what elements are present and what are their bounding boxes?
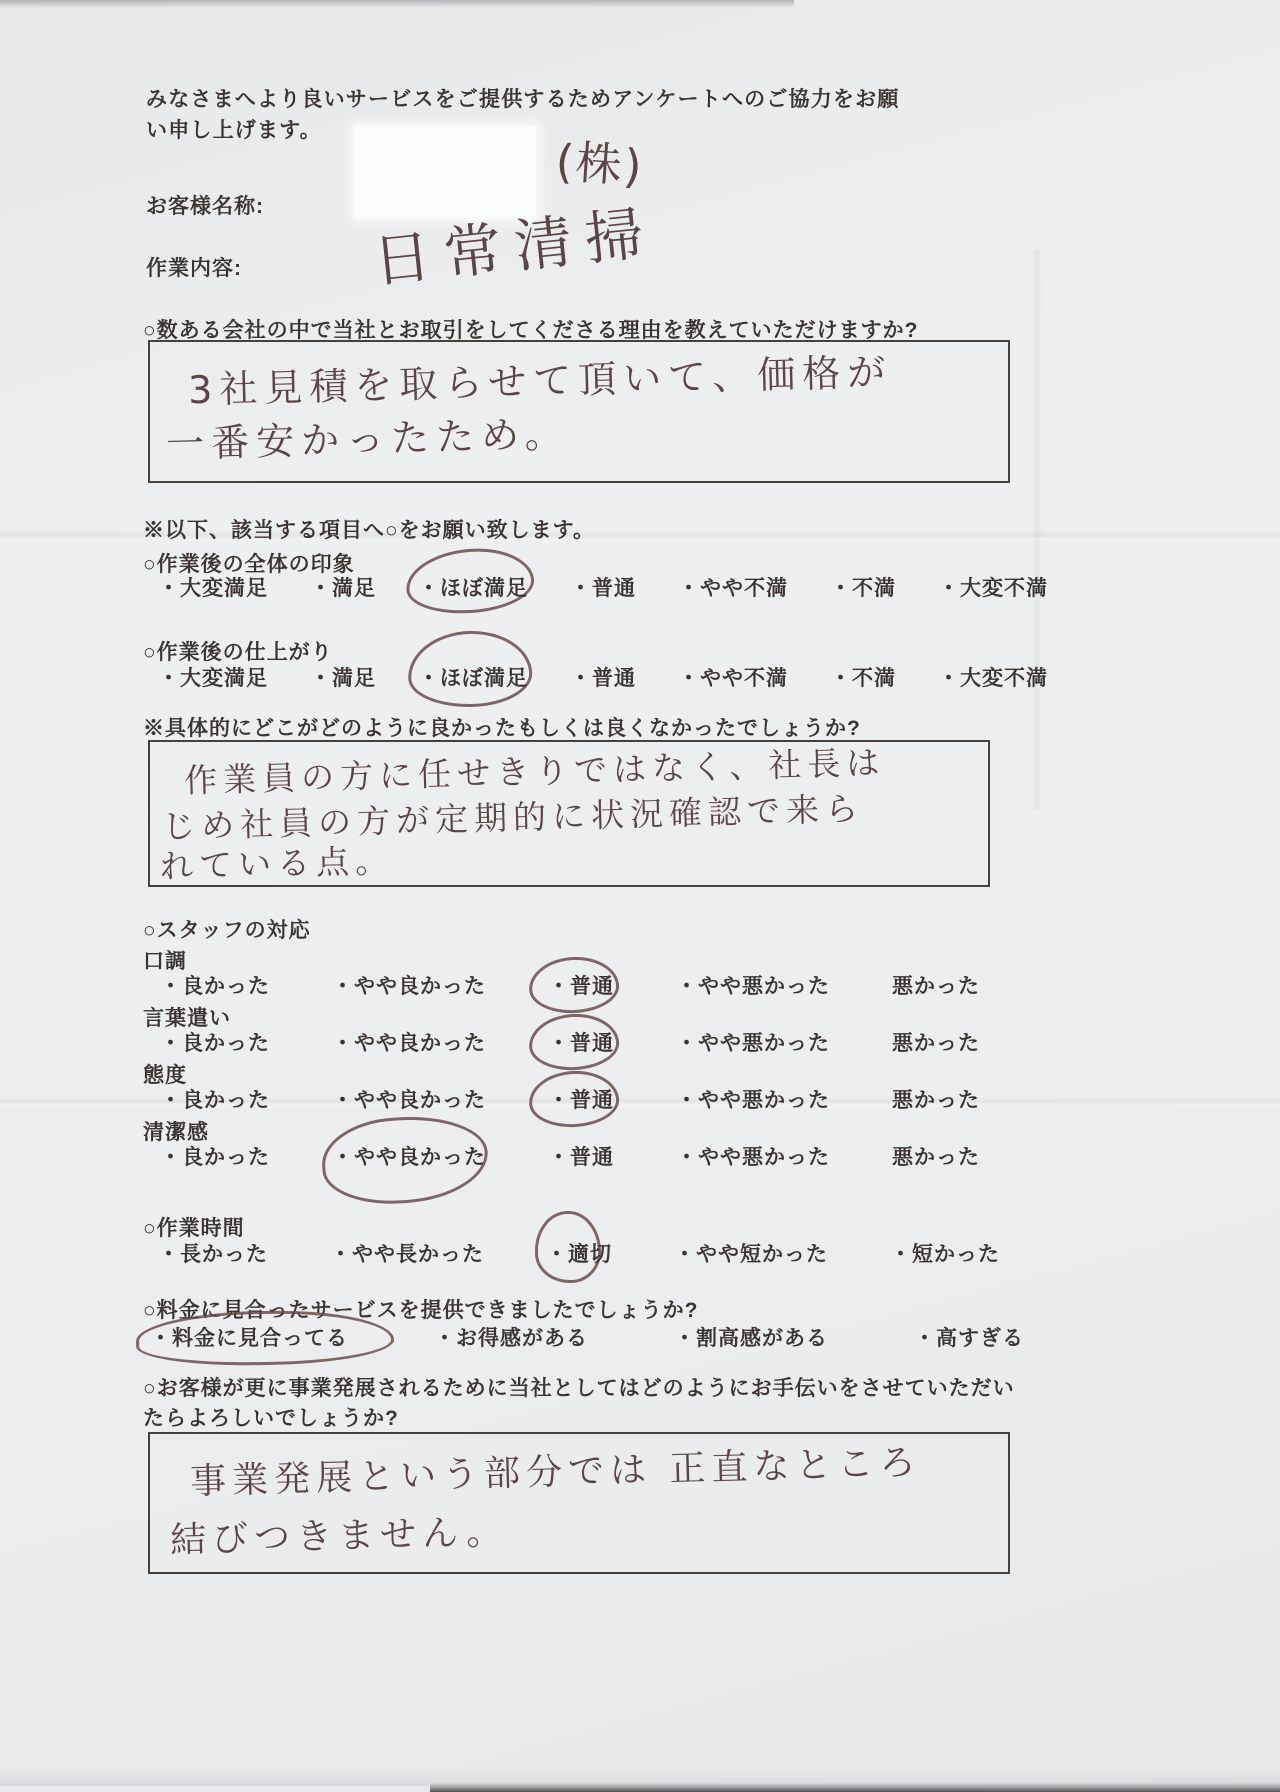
paper-crease xyxy=(1032,250,1042,810)
question-detail: ※具体的にどこがどのように良かったもしくは良くなかったでしょうか? xyxy=(143,712,861,742)
rating-option: ・長かった xyxy=(158,1238,268,1268)
rating-option: ・良かった xyxy=(160,1088,270,1113)
handwriting-line: 事業発展という部分では 正直なところ xyxy=(189,1434,922,1504)
question-price: ○料金に見合ったサービスを提供できましたでしょうか? xyxy=(143,1294,699,1324)
rating-option: 悪かった xyxy=(892,1088,980,1113)
rating-row-kuchou: ・良かった ・やや良かった ・普通 ・やや悪かった 悪かった xyxy=(160,974,980,999)
paper-shadow-top xyxy=(0,0,794,8)
scanned-survey-page: みなさまへより良いサービスをご提供するためアンケートへのご協力をお願い申し上げま… xyxy=(0,0,1280,1792)
rating-option: ・普通 xyxy=(570,572,636,602)
rating-option: ・大変満足 xyxy=(158,662,268,692)
rating-option: ・良かった xyxy=(160,1031,270,1056)
rating-option: ・大変不満 xyxy=(938,662,1048,692)
rating-option: ・やや良かった xyxy=(332,1088,486,1113)
rating-option: 悪かった xyxy=(892,974,980,999)
staff-row-label-taido: 態度 xyxy=(143,1063,980,1088)
rating-row-finish: ・大変満足 ・満足 ・ほぼ満足 ・普通 ・やや不満 ・不満 ・大変不満 xyxy=(158,662,1048,692)
rating-option: ・普通 xyxy=(548,1145,614,1170)
rating-option: ・やや不満 xyxy=(678,662,788,692)
rating-option: ・短かった xyxy=(890,1238,1000,1268)
rating-option: ・不満 xyxy=(830,662,896,692)
rating-option: ・大変満足 xyxy=(158,572,268,602)
handwriting-line: れている点。 xyxy=(159,835,394,888)
rating-option-selected: ・ほぼ満足 xyxy=(418,572,528,602)
staff-row-label-seiketsu: 清潔感 xyxy=(143,1120,980,1145)
rating-option: ・割高感がある xyxy=(674,1322,828,1352)
rating-option: ・やや不満 xyxy=(678,572,788,602)
rating-option-selected: ・普通 xyxy=(548,1088,614,1113)
rating-option: ・良かった xyxy=(160,974,270,999)
rating-option: ・満足 xyxy=(310,572,376,602)
answer-box-reason: 3社見積を取らせて頂いて、価格が 一番安かったため。 xyxy=(148,340,1010,483)
rating-option: ・普通 xyxy=(570,662,636,692)
rating-option: ・満足 xyxy=(310,662,376,692)
question-development-cont: たらよろしいでしょうか? xyxy=(143,1402,399,1432)
rating-option-selected: ・普通 xyxy=(548,974,614,999)
rating-row-impression: ・大変満足 ・満足 ・ほぼ満足 ・普通 ・やや不満 ・不満 ・大変不満 xyxy=(158,572,1048,602)
work-content-label: 作業内容: xyxy=(146,252,242,282)
rating-option-selected: ・適切 xyxy=(546,1238,612,1268)
staff-row-label-kotoba: 言葉遣い xyxy=(143,1006,980,1031)
handwriting-line: 結びつきません。 xyxy=(169,1504,508,1564)
rating-row-price: ・料金に見合ってる ・お得感がある ・割高感がある ・高すぎる xyxy=(150,1322,1024,1352)
instruction-note: ※以下、該当する項目へ○をお願い致します。 xyxy=(143,514,595,544)
rating-option: ・やや良かった xyxy=(332,1031,486,1056)
rating-option: ・やや良かった xyxy=(332,974,486,999)
rating-option: ・やや長かった xyxy=(330,1238,484,1268)
staff-row-label-kuchou: 口調 xyxy=(143,949,980,974)
answer-box-development: 事業発展という部分では 正直なところ 結びつきません。 xyxy=(148,1432,1010,1574)
rating-option-selected: ・料金に見合ってる xyxy=(150,1322,348,1352)
rating-row-worktime: ・長かった ・やや長かった ・適切 ・やや短かった ・短かった xyxy=(158,1238,1000,1268)
handwriting-line: 一番安かったため。 xyxy=(165,403,570,469)
rating-option: ・やや悪かった xyxy=(676,1031,830,1056)
section-title-staff: ○スタッフの対応 xyxy=(143,918,980,943)
customer-name-handwritten: (株) xyxy=(554,125,646,197)
paper-edge-bottom xyxy=(430,1783,1280,1792)
rating-option-selected: ・普通 xyxy=(548,1031,614,1056)
rating-option: ・良かった xyxy=(160,1145,270,1170)
rating-option: ・大変不満 xyxy=(938,572,1048,602)
section-staff: ○スタッフの対応 口調 ・良かった ・やや良かった ・普通 ・やや悪かった 悪か… xyxy=(143,918,980,1177)
rating-option-selected: ・やや良かった xyxy=(332,1145,486,1170)
rating-option: ・不満 xyxy=(830,572,896,602)
customer-name-label: お客様名称: xyxy=(146,190,264,220)
rating-option: ・やや悪かった xyxy=(676,974,830,999)
rating-row-kotoba: ・良かった ・やや良かった ・普通 ・やや悪かった 悪かった xyxy=(160,1031,980,1056)
rating-option: ・やや悪かった xyxy=(676,1088,830,1113)
rating-option-selected: ・ほぼ満足 xyxy=(418,662,528,692)
rating-option: ・お得感がある xyxy=(434,1322,588,1352)
rating-option: ・やや悪かった xyxy=(676,1145,830,1170)
rating-option: ・やや短かった xyxy=(674,1238,828,1268)
answer-box-detail: 作業員の方に任せきりではなく、社長は じめ社員の方が定期的に状況確認で来ら れて… xyxy=(148,740,990,887)
rating-row-seiketsu: ・良かった ・やや良かった ・普通 ・やや悪かった 悪かった xyxy=(160,1145,980,1170)
rating-option: 悪かった xyxy=(892,1145,980,1170)
rating-option: 悪かった xyxy=(892,1031,980,1056)
rating-option: ・高すぎる xyxy=(914,1322,1024,1352)
question-development: ○お客様が更に事業発展されるために当社としてはどのようにお手伝いをさせていただい xyxy=(143,1372,1015,1402)
rating-row-taido: ・良かった ・やや良かった ・普通 ・やや悪かった 悪かった xyxy=(160,1088,980,1113)
